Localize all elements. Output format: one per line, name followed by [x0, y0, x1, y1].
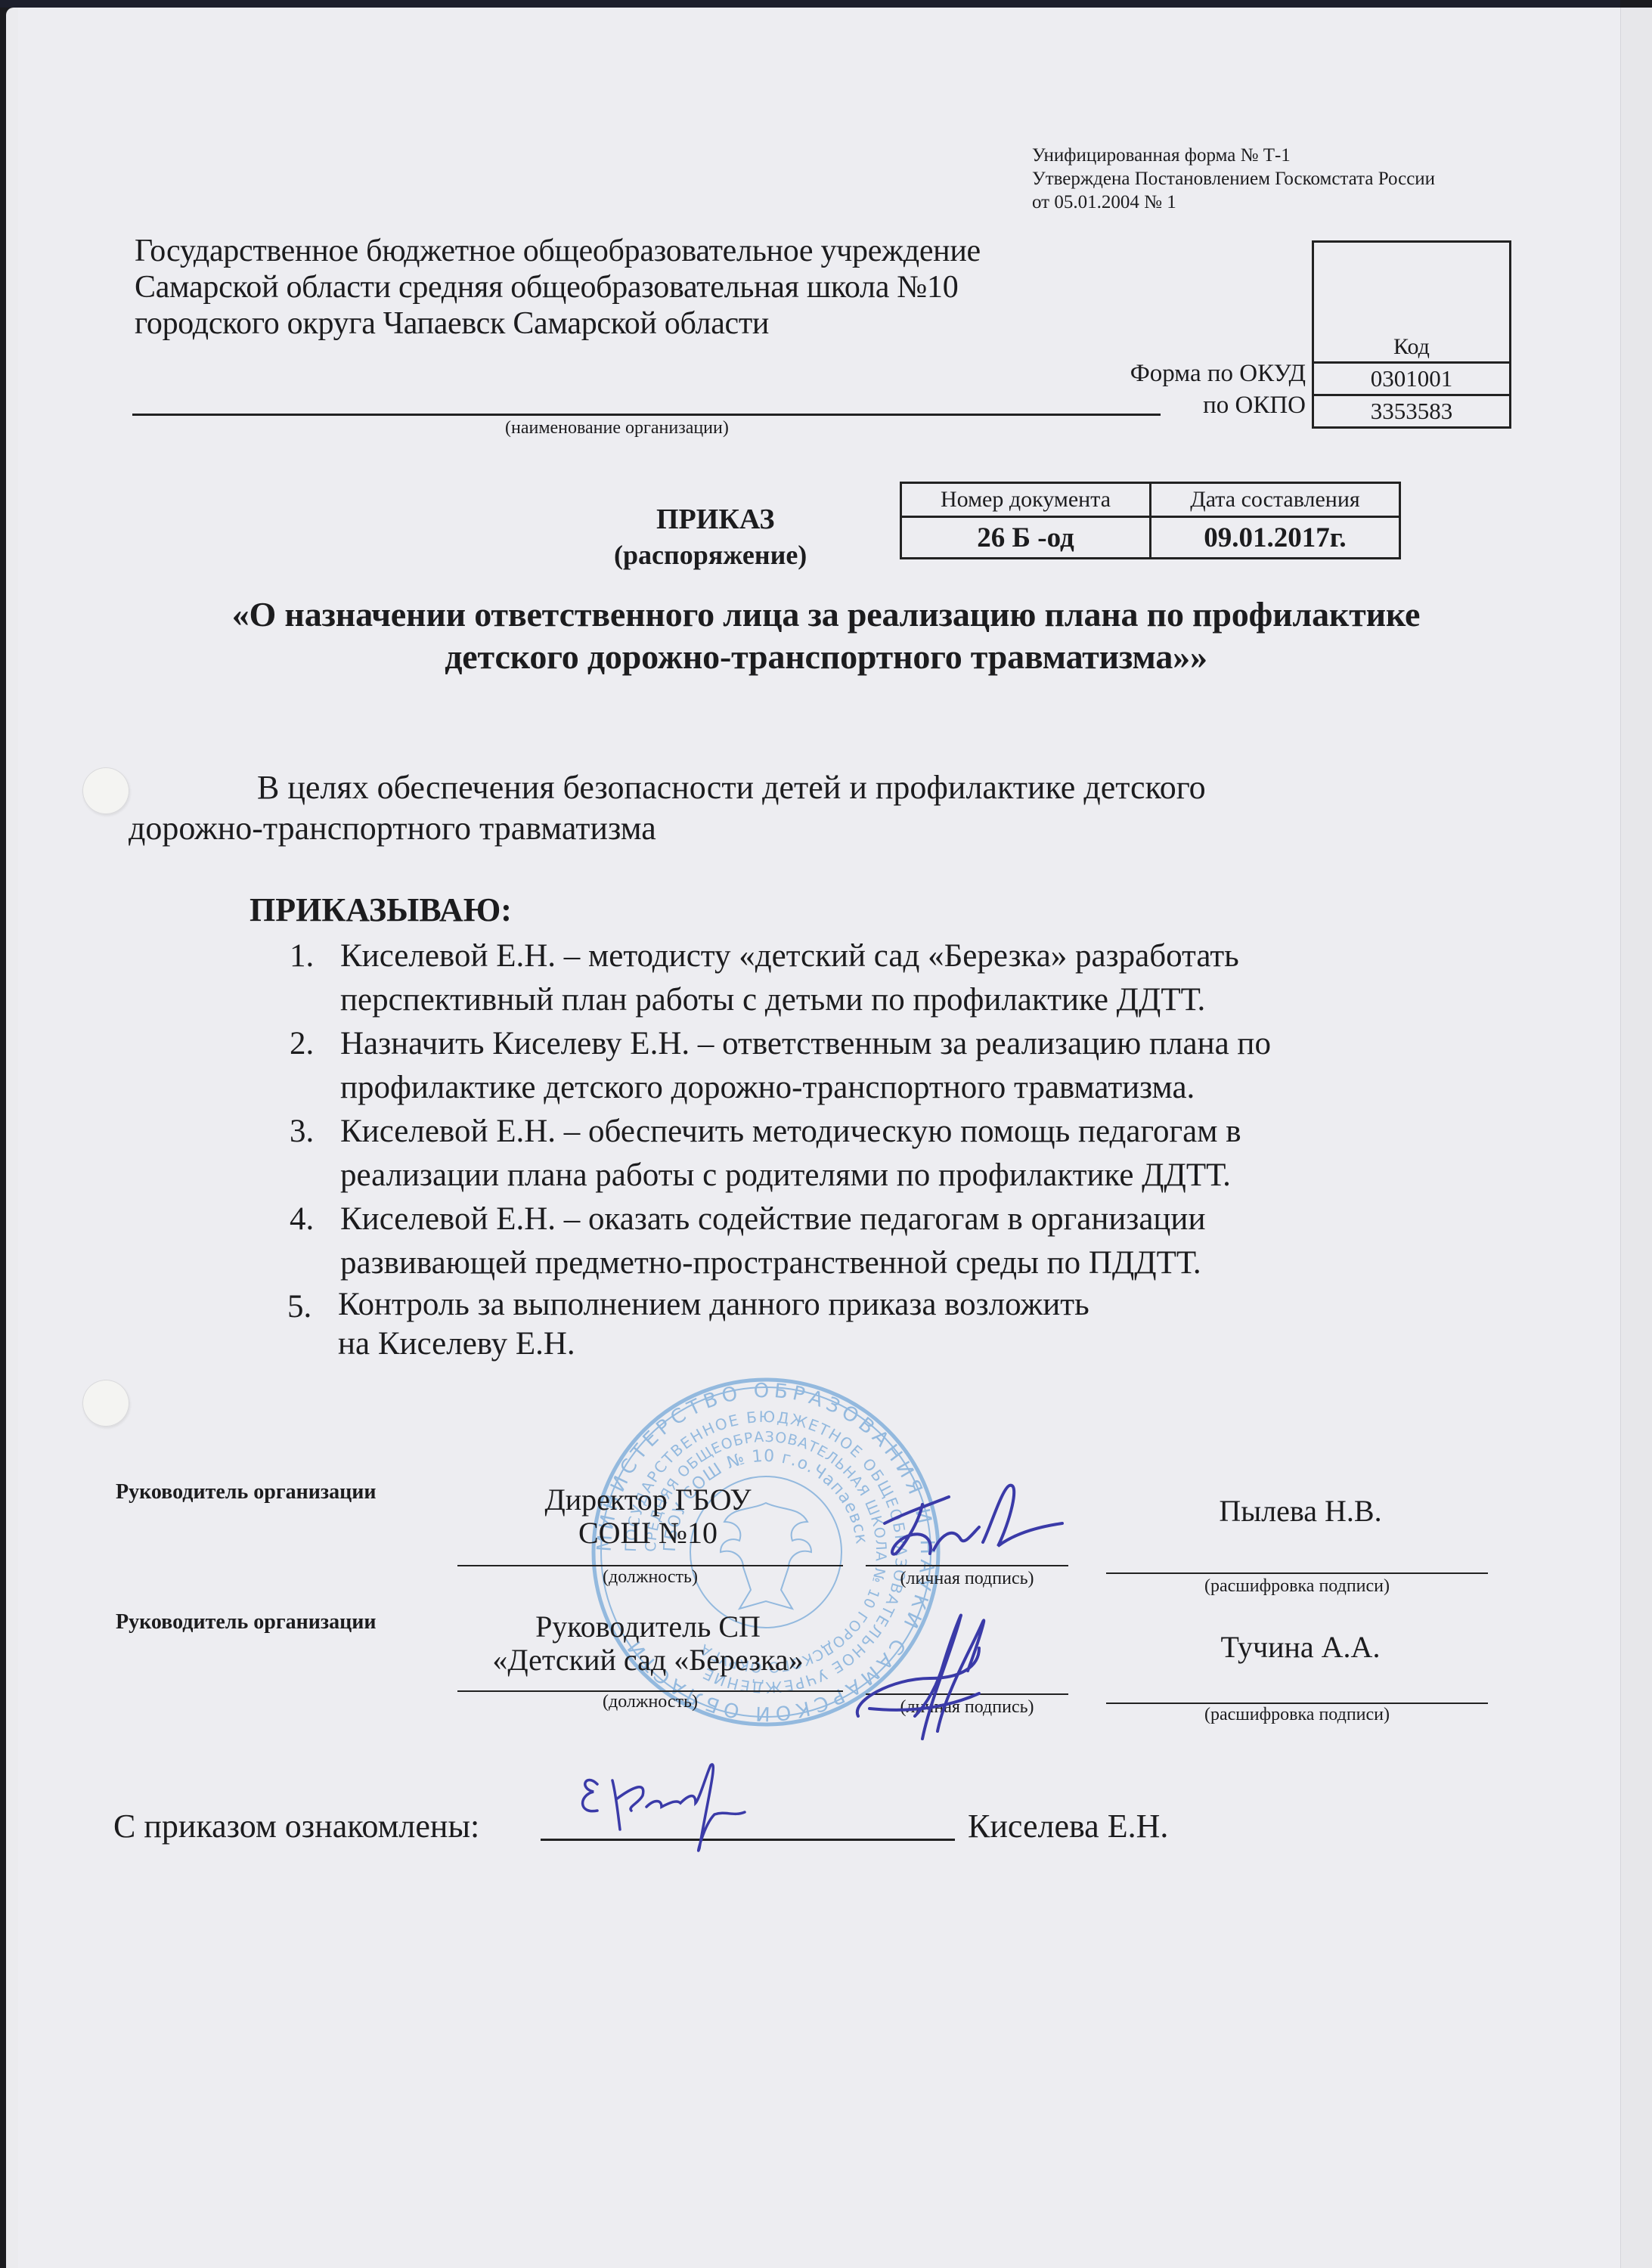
position-caption: (должность) — [457, 1692, 843, 1712]
organization-line: городского округа Чапаевск Самарской обл… — [135, 305, 981, 342]
doc-date-header: Дата составления — [1151, 483, 1400, 517]
order-item-text: на Киселеву Е.Н. — [338, 1325, 1484, 1364]
handwritten-signature-icon — [575, 1758, 817, 1864]
form-note-line: Утверждена Постановлением Госкомстата Ро… — [1032, 167, 1435, 191]
position-underline — [457, 1565, 843, 1566]
handwritten-signature-icon — [847, 1603, 1013, 1754]
scan-edge-top — [0, 0, 1622, 8]
order-item-number: 5. — [287, 1285, 311, 1329]
order-item-text: Киселевой Е.Н. – оказать содействие педа… — [340, 1198, 1484, 1241]
name-underline — [1106, 1572, 1488, 1574]
name-caption: (расшифровка подписи) — [1106, 1705, 1488, 1725]
order-item: 3. Киселевой Е.Н. – обеспечить методичес… — [290, 1110, 1484, 1198]
orders-list: 1. Киселевой Е.Н. – методисту «детский с… — [290, 934, 1484, 1364]
organization-caption: (наименование организации) — [505, 418, 729, 438]
codes-header: Код — [1314, 243, 1509, 361]
order-item-text: развивающей предметно-пространственной с… — [340, 1241, 1484, 1285]
form-note-line: от 05.01.2004 № 1 — [1032, 191, 1435, 214]
document-info-table: Номер документа Дата составления 26 Б -о… — [900, 482, 1401, 559]
acknowledged-person-name: Киселева Е.Н. — [968, 1807, 1168, 1845]
order-item-text: Киселевой Е.Н. – обеспечить методическую… — [340, 1110, 1484, 1154]
order-subject-line: детского дорожно-транспортного травматиз… — [76, 636, 1576, 678]
signature-label: Руководитель организации — [116, 1610, 377, 1634]
organization-line: Государственное бюджетное общеобразовате… — [135, 233, 981, 269]
name-underline — [1106, 1703, 1488, 1704]
name-caption: (расшифровка подписи) — [1106, 1576, 1488, 1597]
order-subtitle: (распоряжение) — [614, 539, 807, 571]
order-item-text: Киселевой Е.Н. – методисту «детский сад … — [340, 934, 1484, 978]
order-item-text: реализации плана работы с родителями по … — [340, 1154, 1484, 1198]
scan-edge-right — [1620, 0, 1652, 2268]
order-item-number: 1. — [290, 934, 314, 978]
position-line: Руководитель СП — [459, 1610, 837, 1644]
order-item: 4. Киселевой Е.Н. – оказать содействие п… — [290, 1198, 1484, 1285]
doc-date: 09.01.2017г. — [1151, 517, 1400, 559]
signature-label: Руководитель организации — [116, 1480, 377, 1504]
form-note: Унифицированная форма № Т-1 Утверждена П… — [1032, 144, 1435, 214]
codes-box: Код 0301001 3353583 — [1312, 240, 1511, 429]
order-item-text: профилактике детского дорожно-транспортн… — [340, 1066, 1484, 1110]
acknowledgement-label: С приказом ознакомлены: — [113, 1807, 479, 1845]
preamble-line: дорожно-транспортного травматизма — [129, 808, 1489, 849]
order-item: 5. Контроль за выполнением данного прика… — [287, 1285, 1484, 1364]
signatory-name: Тучина А.А. — [1111, 1629, 1489, 1665]
doc-number-header: Номер документа — [901, 483, 1151, 517]
signature-position: Директор ГБОУ СОШ №10 — [459, 1483, 837, 1550]
order-item-text: Контроль за выполнением данного приказа … — [338, 1285, 1484, 1325]
scan-corner — [1620, 0, 1652, 8]
punch-hole-icon — [82, 767, 129, 814]
position-line: СОШ №10 — [459, 1517, 837, 1550]
preamble-line: В целях обеспечения безопасности детей и… — [257, 769, 1206, 806]
position-caption: (должность) — [457, 1567, 843, 1588]
position-line: Директор ГБОУ — [459, 1483, 837, 1517]
orders-heading: ПРИКАЗЫВАЮ: — [250, 891, 512, 929]
signatory-name: Пылева Н.В. — [1111, 1493, 1489, 1529]
order-subject: «О назначении ответственного лица за реа… — [76, 593, 1576, 678]
form-note-line: Унифицированная форма № Т-1 — [1032, 144, 1435, 167]
okud-label: Форма по ОКУД — [1003, 360, 1306, 388]
organization-line: Самарской области средняя общеобразовате… — [135, 269, 981, 305]
punch-hole-icon — [82, 1380, 129, 1427]
order-subject-line: «О назначении ответственного лица за реа… — [76, 593, 1576, 636]
okpo-value: 3353583 — [1314, 394, 1509, 426]
order-item: 1. Киселевой Е.Н. – методисту «детский с… — [290, 934, 1484, 1022]
order-item-text: Назначить Киселеву Е.Н. – ответственным … — [340, 1022, 1484, 1066]
order-item-number: 3. — [290, 1110, 314, 1154]
order-item-number: 2. — [290, 1022, 314, 1066]
handwritten-signature-icon — [877, 1482, 1074, 1572]
organization-name: Государственное бюджетное общеобразовате… — [135, 233, 981, 342]
okpo-label: по ОКПО — [1003, 392, 1306, 420]
paper-edge — [6, 8, 18, 2268]
position-line: «Детский сад «Березка» — [459, 1644, 837, 1677]
order-preamble: В целях обеспечения безопасности детей и… — [129, 767, 1489, 849]
order-title: ПРИКАЗ — [656, 503, 774, 536]
order-item-text: перспективный план работы с детьми по пр… — [340, 978, 1484, 1022]
order-item-number: 4. — [290, 1198, 314, 1241]
doc-number: 26 Б -од — [901, 517, 1151, 559]
order-item: 2. Назначить Киселеву Е.Н. – ответственн… — [290, 1022, 1484, 1110]
signature-position: Руководитель СП «Детский сад «Березка» — [459, 1610, 837, 1677]
okud-value: 0301001 — [1314, 361, 1509, 394]
